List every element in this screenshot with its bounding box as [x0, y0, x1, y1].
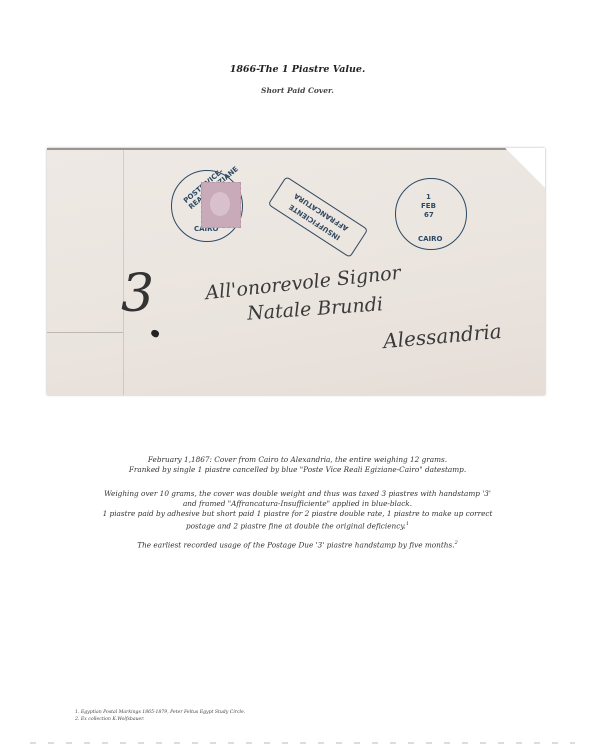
description-line: Franked by single 1 piastre cancelled by…	[60, 465, 535, 475]
description-line-text: The earliest recorded usage of the Posta…	[137, 540, 454, 549]
page-subtitle: Short Paid Cover.	[0, 86, 595, 95]
description-line: February 1,1867: Cover from Cairo to Ale…	[60, 455, 535, 465]
description-line-text: postage and 2 piastre fine at double the…	[186, 521, 406, 530]
cover-image: POSTE VICE-REALI EGIZIANE CAIRO AFFRANCA…	[47, 148, 545, 395]
tax-mark-3: 3	[121, 264, 154, 324]
fold-line-horizontal	[47, 332, 123, 333]
datestamp-day: 1	[426, 193, 431, 201]
description-paragraph-1: February 1,1867: Cover from Cairo to Ale…	[60, 455, 535, 475]
cover-top-edge	[47, 148, 545, 150]
description-line: 1 piastre paid by adhesive but short pai…	[60, 509, 535, 519]
cairo-datestamp-right: 1 FEB 67 CAIRO	[395, 178, 467, 250]
description-line: and framed "Affrancatura-Insufficiente" …	[60, 499, 535, 509]
footnote-ref-1: 1	[406, 521, 409, 527]
description-paragraph-2: Weighing over 10 grams, the cover was do…	[60, 489, 535, 531]
footnote-ref-2: 2	[455, 540, 458, 546]
datestamp-month: FEB	[421, 202, 436, 210]
footnotes: 1. Egyptian Postal Markings 1865-1879, P…	[75, 709, 245, 723]
address-line-2: Natale Brundi	[246, 293, 383, 324]
footnote-2: 2. Ex collection K.Wolfsbauer.	[75, 716, 245, 723]
ink-blot	[150, 329, 160, 338]
folded-corner	[505, 148, 545, 188]
stamp-oval	[210, 192, 230, 216]
footnote-1: 1. Egyptian Postal Markings 1865-1879, P…	[75, 709, 245, 716]
description-paragraph-3: The earliest recorded usage of the Posta…	[60, 538, 535, 550]
affrancatura-insufficiente-handstamp: AFFRANCATURA INSUFFICIENTE	[268, 176, 369, 258]
description-line: Weighing over 10 grams, the cover was do…	[60, 489, 535, 499]
one-piastre-stamp	[201, 182, 241, 228]
description-line: The earliest recorded usage of the Posta…	[60, 538, 535, 550]
page-title: 1866-The 1 Piastre Value.	[0, 64, 595, 75]
address-line-3: Alessandria	[382, 319, 502, 353]
datestamp-text-bottom: CAIRO	[418, 235, 443, 243]
scan-artifact-line	[30, 742, 575, 744]
datestamp-year: 67	[424, 211, 434, 219]
description-line: postage and 2 piastre fine at double the…	[60, 519, 535, 531]
